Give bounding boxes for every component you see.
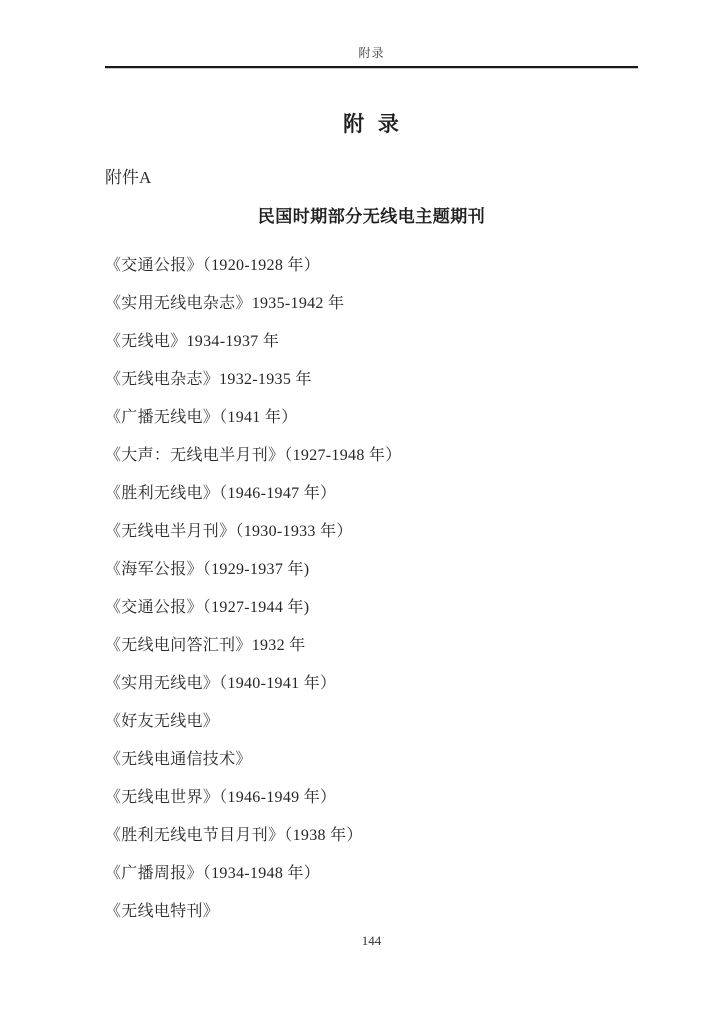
appendix-title: 附 录 — [105, 113, 638, 137]
journal-list-item: 《胜利无线电》（1946-1947 年） — [105, 486, 638, 502]
journal-list-item: 《无线电问答汇刊》1932 年 — [105, 638, 638, 654]
journal-list-item: 《实用无线电》（1940-1941 年） — [105, 676, 638, 692]
page-content: 附录 附 录 附件A 民国时期部分无线电主题期刊 《交通公报》（1920-192… — [105, 0, 638, 920]
journal-list-item: 《无线电世界》（1946-1949 年） — [105, 790, 638, 806]
header-rule — [105, 66, 638, 68]
journal-list-item: 《海军公报》（1929-1937 年) — [105, 562, 638, 578]
journal-list-item: 《交通公报》（1927-1944 年) — [105, 600, 638, 616]
journal-list-item: 《好友无线电》 — [105, 714, 638, 730]
journal-list-item: 《无线电通信技术》 — [105, 752, 638, 768]
journal-list-item: 《胜利无线电节目月刊》（1938 年） — [105, 828, 638, 844]
journal-list-item: 《交通公报》（1920-1928 年） — [105, 258, 638, 274]
attachment-label: 附件A — [105, 168, 638, 188]
running-header: 附录 — [105, 0, 638, 60]
journal-list-item: 《无线电》1934-1937 年 — [105, 334, 638, 350]
journal-list-item: 《无线电杂志》1932-1935 年 — [105, 372, 638, 388]
journal-list-item: 《广播周报》（1934-1948 年） — [105, 866, 638, 882]
journal-list: 《交通公报》（1920-1928 年） 《实用无线电杂志》1935-1942 年… — [105, 258, 638, 920]
document-page: 附录 附 录 附件A 民国时期部分无线电主题期刊 《交通公报》（1920-192… — [0, 0, 724, 1023]
journal-list-item: 《无线电半月刊》（1930-1933 年） — [105, 524, 638, 540]
journal-list-item: 《无线电特刊》 — [105, 904, 638, 920]
journal-list-item: 《广播无线电》（1941 年） — [105, 410, 638, 426]
journal-list-item: 《实用无线电杂志》1935-1942 年 — [105, 296, 638, 312]
journal-list-item: 《大声：无线电半月刊》（1927-1948 年） — [105, 448, 638, 464]
journal-list-title: 民国时期部分无线电主题期刊 — [105, 207, 638, 227]
page-number: 144 — [105, 933, 638, 948]
